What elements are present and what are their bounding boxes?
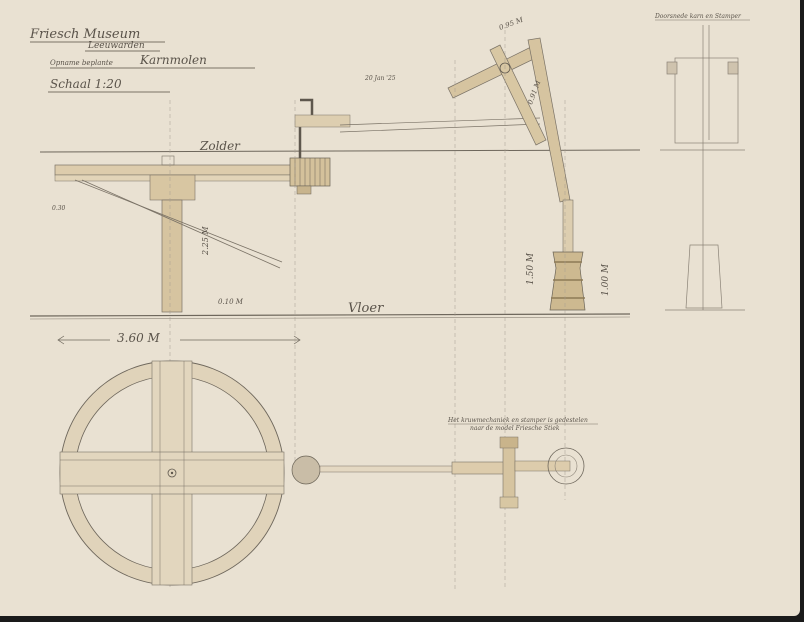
plan-note-line1: Het kruwmechaniek en stamper is gedestel…: [447, 417, 588, 424]
churn-side: 1.50 M 1.00 M: [526, 200, 611, 310]
section-title: Doorsnede karn en Stamper: [654, 13, 742, 20]
date-note: 20 Jan '25: [364, 75, 396, 82]
title-block: Friesch Museum Leeuwarden Opname beplant…: [29, 27, 255, 92]
churn-body-dim: 1.00 M: [601, 263, 611, 296]
zolder-label: Zolder: [199, 139, 241, 153]
title-prefix: Opname beplante: [50, 59, 113, 67]
title-museum: Friesch Museum: [29, 27, 140, 42]
technical-drawing: Friesch Museum Leeuwarden Opname beplant…: [0, 0, 804, 622]
churn-total-dim: 1.50 M: [526, 252, 536, 285]
title-city: Leeuwarden: [87, 41, 145, 51]
side-view-wheel: [55, 100, 350, 312]
drawing-sheet: Friesch Museum Leeuwarden Opname beplant…: [0, 0, 800, 616]
arm-length-dim: 0.95 M: [498, 16, 525, 32]
plan-view-wheel: [60, 361, 320, 585]
scale-label: Schaal 1:20: [50, 77, 122, 91]
vloer-label: Vloer: [348, 301, 384, 316]
clearance-dim: 0.10 M: [218, 298, 244, 306]
width-dim: 3.60 M: [117, 331, 161, 345]
width-dimension: 3.60 M: [58, 330, 300, 345]
section-view: [660, 25, 745, 310]
left-small-dim: 0.30: [52, 205, 66, 212]
rocking-arm: 0.95 M 0.91 M: [448, 16, 570, 202]
title-subject: Karnmolen: [139, 53, 207, 67]
plan-note-line2: naar de model Friesche Stiek: [470, 425, 560, 432]
floor: Vloer: [30, 301, 630, 319]
plan-view-mechanism: [320, 437, 584, 508]
post-height-dim: 2.25 M: [201, 226, 210, 256]
